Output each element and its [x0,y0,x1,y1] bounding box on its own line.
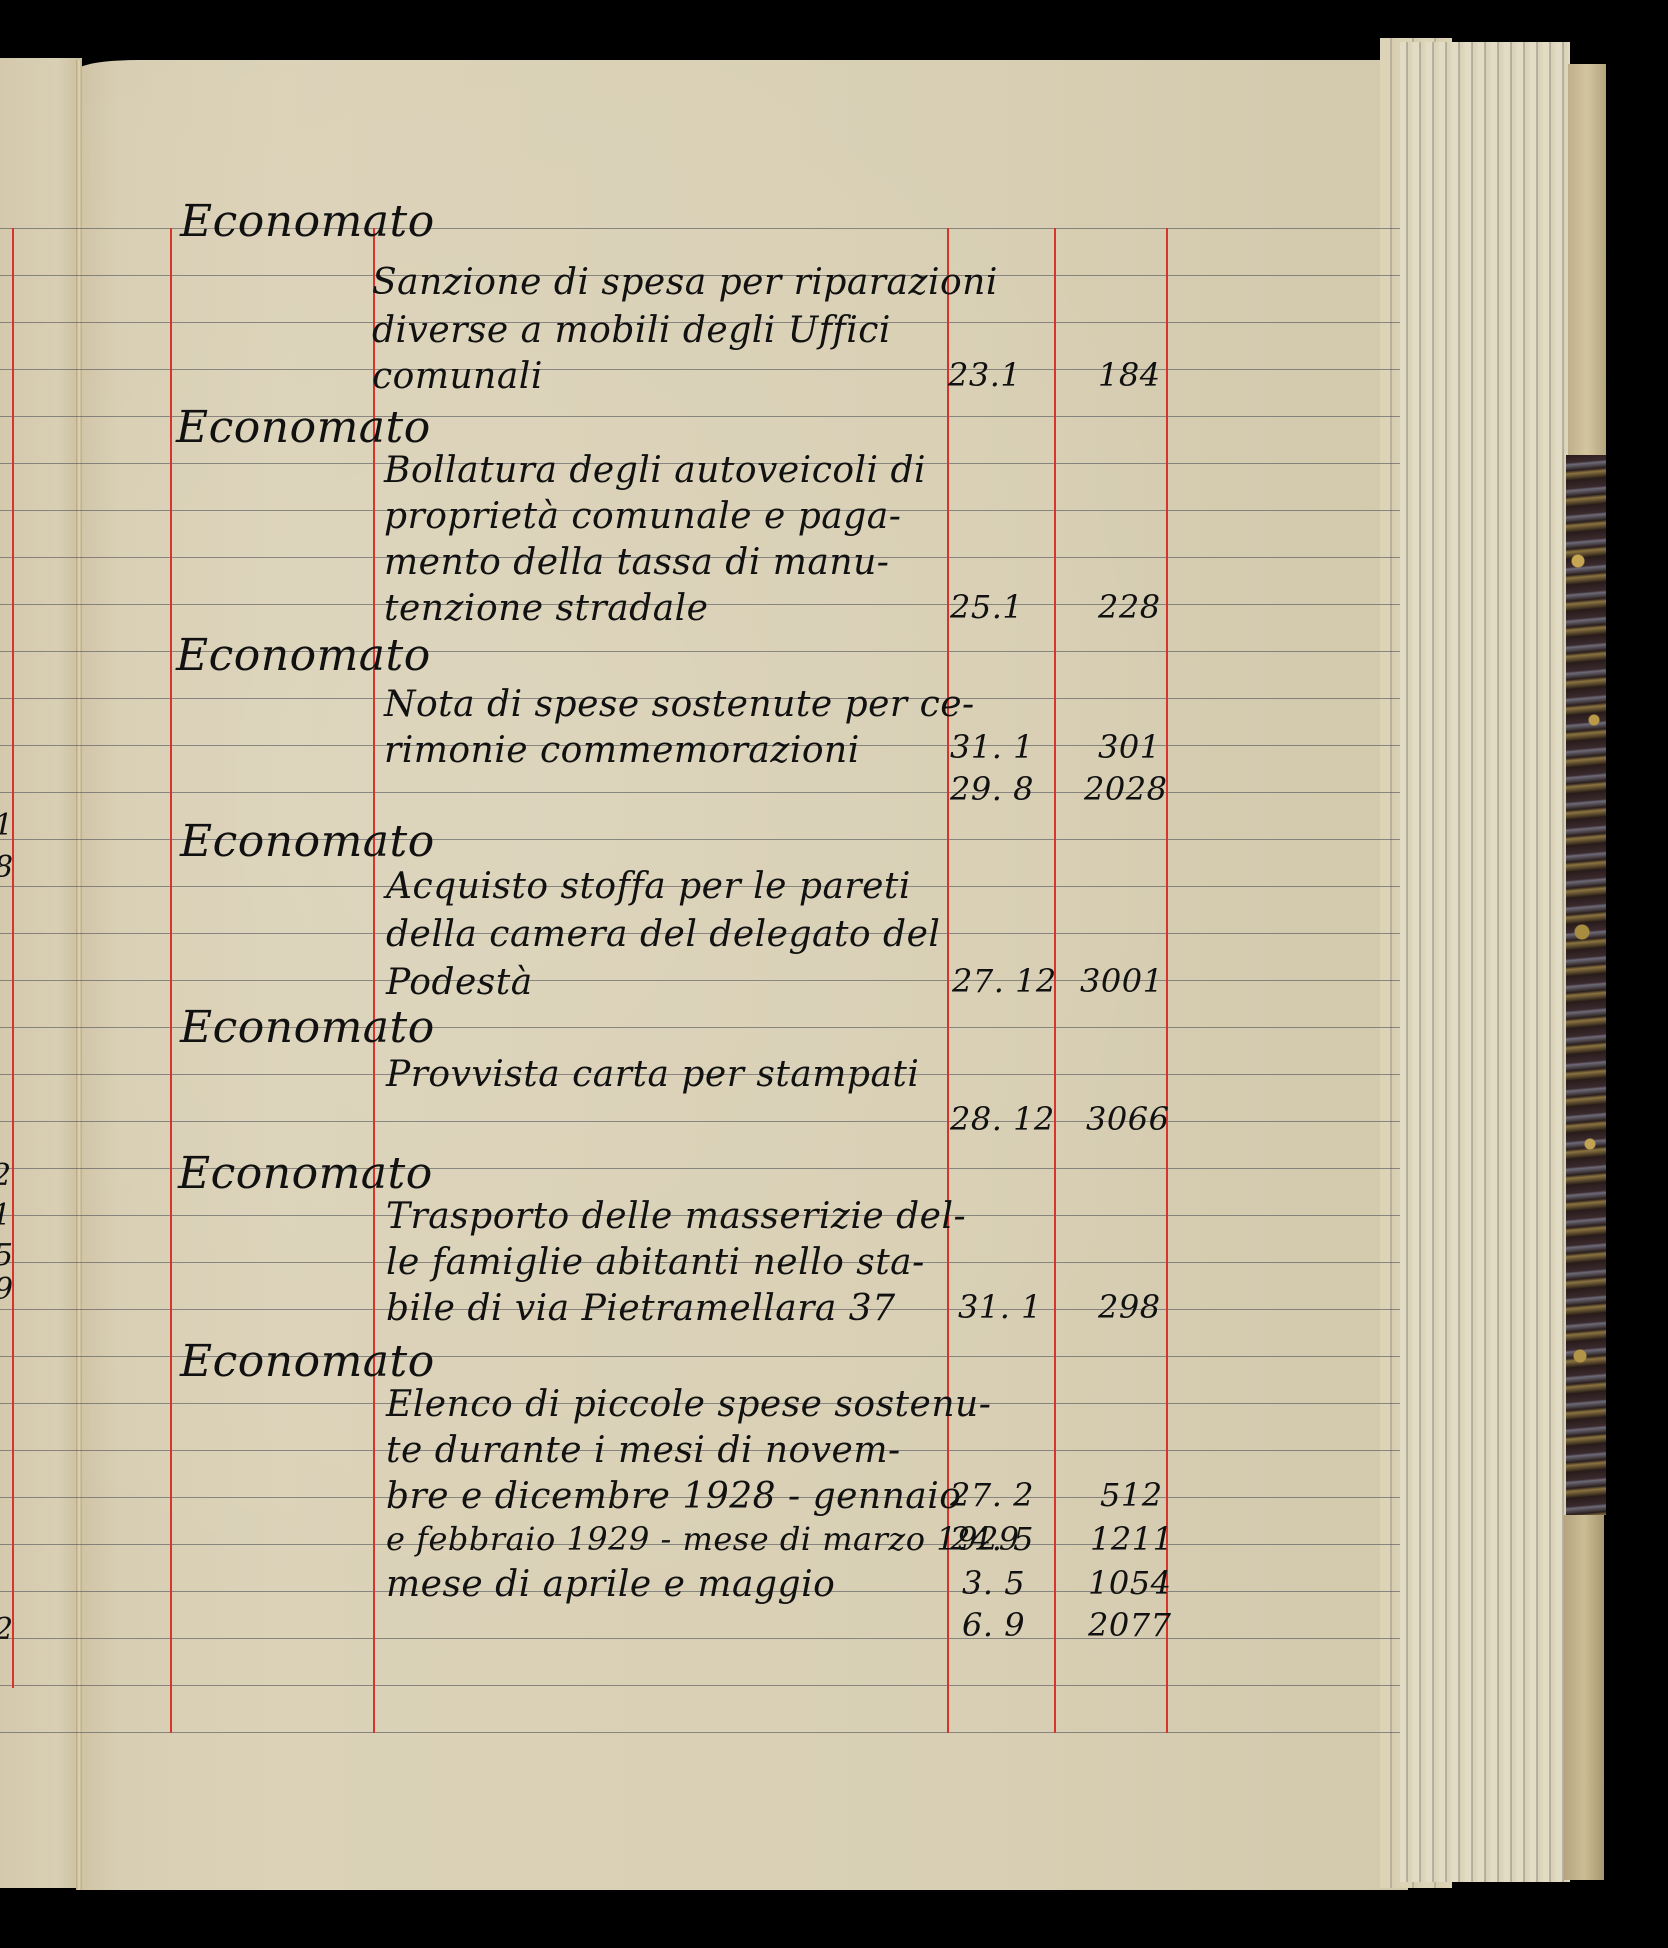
cover-parchment-bottom [1564,1515,1604,1880]
entry-description-line: tenzione stradale [384,588,708,629]
ruled-line [0,980,1400,981]
entry-heading: Economato [180,1336,435,1387]
cover-marbled-spine [1566,455,1606,1515]
entry-number: 1211 [1090,1520,1173,1558]
red-rule-left-page [12,228,14,1688]
entry-description-line: Provvista carta per stampati [386,1054,919,1095]
entry-date: 27. 12 [952,962,1057,1000]
entry-description-line: Acquisto stoffa per le pareti [386,866,911,907]
entry-heading: Economato [176,402,431,453]
entry-number: 1054 [1088,1564,1171,1602]
entry-description-line: le famiglie abitanti nello sta- [386,1242,925,1283]
ruled-line [0,1732,1400,1733]
entry-description-line: e febbraio 1929 - mese di marzo 1929 [386,1520,1020,1558]
entry-date: 31. 1 [950,728,1034,766]
entry-description-line: della camera del delegato del [386,914,940,955]
left-margin-number: 1 [0,808,14,843]
entry-date: 25.1 [950,588,1023,626]
entry-number: 2077 [1088,1606,1171,1644]
entry-heading: Economato [178,1148,433,1199]
entry-description-line: rimonie commemorazioni [384,730,860,771]
entry-date: 6. 9 [962,1606,1025,1644]
entry-number: 184 [1098,356,1161,394]
entry-date: 28. 12 [950,1100,1055,1138]
entry-date: 27. 2 [950,1476,1034,1514]
entry-date: 31. 1 [958,1288,1042,1326]
entry-number: 301 [1098,728,1161,766]
ruled-line [0,1638,1400,1639]
entry-description-line: te durante i mesi di novem- [386,1430,901,1471]
ledger-scan: 1 8 2 1 5 9 2 Economato Sanzione di spes… [0,0,1668,1948]
page-gutter [76,60,82,1890]
ruled-line [0,369,1400,370]
red-rule-right-column [1166,228,1168,1733]
entry-number: 2028 [1084,770,1167,808]
entry-number: 3001 [1080,962,1163,1000]
entry-description-line: Podestà [386,962,533,1003]
entry-date: 23.1 [948,356,1021,394]
entry-date: 29. 8 [950,770,1034,808]
entry-number: 228 [1098,588,1161,626]
entry-date: 24. 5 [950,1520,1034,1558]
entry-number: 512 [1100,1476,1163,1514]
entry-heading: Economato [180,1002,435,1053]
entry-description-line: bre e dicembre 1928 - gennaio [386,1476,961,1517]
left-margin-number: 1 [0,1198,12,1233]
entry-description-line: diverse a mobili degli Uffici [372,310,891,351]
left-margin-number: 8 [0,850,14,885]
page-stack-edges [1400,42,1570,1882]
cover-parchment-top [1568,64,1606,459]
entry-heading: Economato [180,816,435,867]
ruled-line [0,792,1400,793]
ruled-line [0,1685,1400,1686]
entry-description-line: mento della tassa di manu- [384,542,889,583]
entry-description-line: Elenco di piccole spese sostenu- [386,1384,991,1425]
entry-description-line: Nota di spese sostenute per ce- [384,684,975,725]
ruled-line [0,1121,1400,1122]
left-margin-number: 2 [0,1612,14,1647]
entry-description-line: proprietà comunale e paga- [384,496,901,537]
entry-date: 3. 5 [962,1564,1025,1602]
left-margin-number: 2 [0,1158,12,1193]
left-margin-number: 5 [0,1238,14,1273]
entry-description-line: comunali [372,356,543,397]
left-margin-number: 9 [0,1272,14,1307]
entry-description-line: Trasporto delle masserizie del- [386,1196,966,1237]
entry-heading: Economato [176,630,431,681]
entry-description-line: bile di via Pietramellara 37 [386,1288,896,1329]
red-rule-heading-column [170,228,172,1733]
entry-number: 3066 [1086,1100,1169,1138]
entry-description-line: mese di aprile e maggio [386,1564,835,1605]
entry-number: 298 [1098,1288,1161,1326]
red-rule-description-column [373,228,375,1733]
entry-description-line: Bollatura degli autoveicoli di [384,450,926,491]
entry-heading: Economato [180,196,435,247]
entry-description-line: Sanzione di spesa per riparazioni [372,262,998,303]
